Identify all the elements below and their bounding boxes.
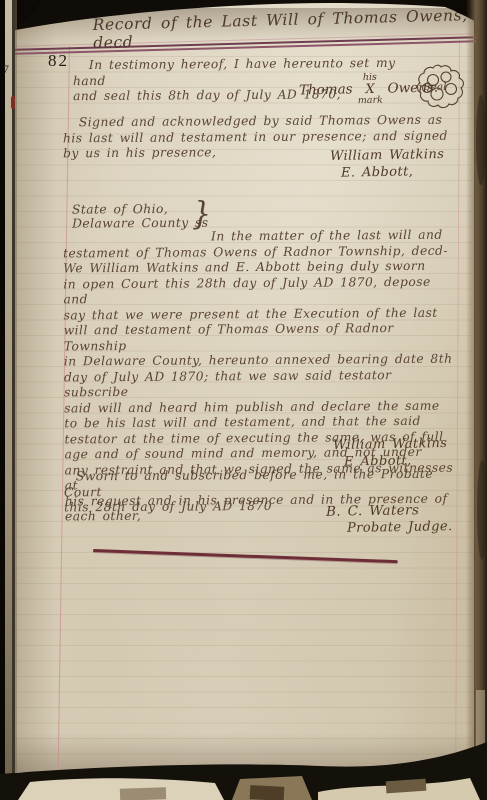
page-number: 82 xyxy=(48,51,69,71)
attestation-line: his last will and testament in our prese… xyxy=(63,128,453,146)
venue-brace: } xyxy=(192,196,211,233)
jurat-line: Sworn to and subscribed before me, in th… xyxy=(64,467,464,501)
ledger-scan: 82 7 Record of the Last Will of Thomas O… xyxy=(0,0,487,800)
judge-signature: B. C. Waters xyxy=(326,502,420,520)
x-mark-glyph: X xyxy=(365,82,375,95)
probate-line: will and testament of Thomas Owens of Ra… xyxy=(64,321,462,355)
probate-line: say that we were present at the Executio… xyxy=(64,305,462,323)
probate-line: in Delaware County, hereunto annexed bea… xyxy=(64,352,462,370)
witness-signature-watkins-2: William Watkins xyxy=(333,436,448,453)
seal-label: Seal xyxy=(423,81,446,93)
bottom-edge-shadow xyxy=(8,732,474,772)
probate-line: day of July AD 1870; that we saw said te… xyxy=(64,367,462,401)
adjacent-page-number: 7 xyxy=(3,62,9,77)
witness-signature-watkins: William Watkins xyxy=(330,147,445,164)
gutter-shadow xyxy=(10,0,56,772)
seal-scribble-icon: Seal xyxy=(413,63,469,111)
left-binding xyxy=(0,0,5,800)
witness-signature-abbott: E. Abbott, xyxy=(341,164,413,180)
venue-line: State of Ohio, xyxy=(72,201,252,216)
venue-caption: State of Ohio, Delaware County ss xyxy=(72,201,252,230)
red-ink-mark xyxy=(11,96,15,109)
underlying-page xyxy=(18,778,224,800)
probate-line: in open Court this 28th day of July AD 1… xyxy=(63,274,461,308)
his-mark: his X mark xyxy=(357,73,383,106)
judge-title: Probate Judge. xyxy=(347,519,453,536)
mark-label: mark xyxy=(358,95,383,105)
testator-first-name: Thomas xyxy=(299,81,353,98)
